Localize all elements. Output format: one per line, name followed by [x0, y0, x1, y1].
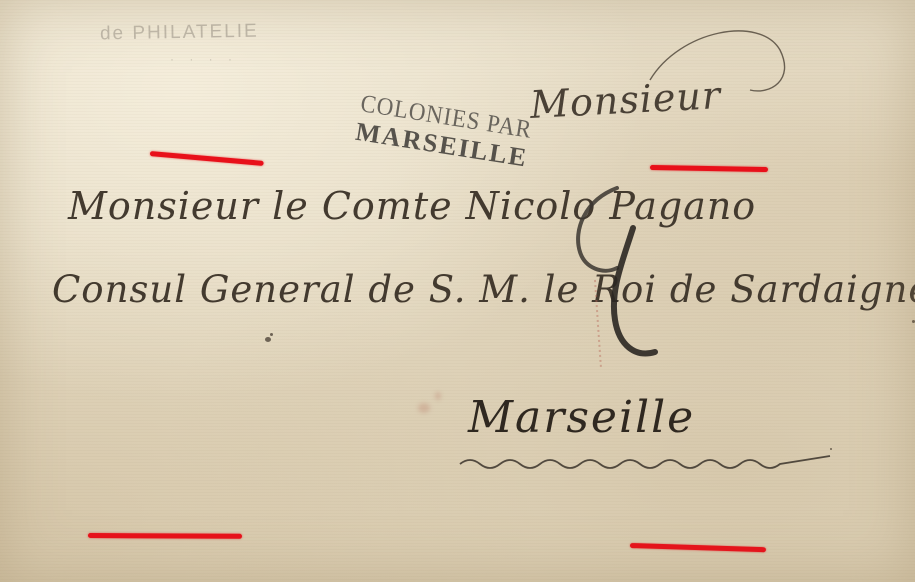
pencil-annotation-sub: · · · ·	[170, 52, 238, 66]
red-annotation-mark-top-right	[650, 165, 768, 172]
red-annotation-mark-top-left	[150, 151, 264, 166]
salutation: Monsieur	[529, 73, 722, 127]
red-annotation-mark-bottom-left	[88, 533, 242, 539]
foxing-stain	[418, 403, 430, 413]
letter-cover: de PHILATELIE · · · · COLONIES PAR MARSE…	[0, 0, 915, 582]
pencil-annotation: de PHILATELIE	[100, 21, 259, 46]
address-line-title: Consul General de S. M. le Roi de Sardai…	[52, 268, 915, 311]
underline-flourish-icon	[455, 448, 835, 472]
foxing-stain	[435, 392, 441, 400]
red-annotation-mark-bottom-right	[630, 543, 766, 552]
address-city: Marseille	[468, 392, 695, 443]
ink-speck	[270, 333, 273, 336]
manuscript-rate-mark-icon	[555, 180, 675, 370]
ink-speck	[830, 448, 832, 450]
ink-speck	[265, 337, 271, 342]
